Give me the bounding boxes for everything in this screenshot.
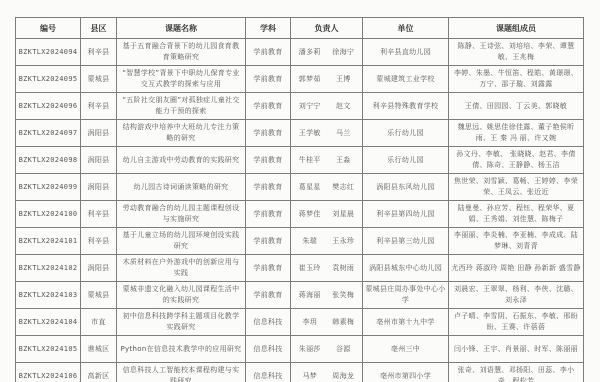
cell-unit: 亳州三中 xyxy=(363,336,449,363)
lead-person-2: 赵文 xyxy=(327,101,361,112)
cell-unit: 亳州市第四小学 xyxy=(363,363,449,382)
lead-person-1: 郭梦茹 xyxy=(293,74,327,85)
table-row: BZKTLX2024096利辛县“五阶社交朋友圈”对孤独症儿童社交能力干预的探索… xyxy=(16,93,584,120)
cell-subject: 信息科技 xyxy=(246,336,291,363)
cell-title: 幼儿自主游戏中劳动教育的实践研究 xyxy=(117,147,246,174)
cell-members: 刘晨宏、王翠翠、杨利、李侠、沈璐、刘永泽 xyxy=(449,282,584,309)
cell-code: BZKTLX2024096 xyxy=(16,93,81,120)
cell-subject: 学前教育 xyxy=(246,39,291,66)
cell-subject: 学前教育 xyxy=(246,201,291,228)
cell-code: BZKTLX2024105 xyxy=(16,336,81,363)
table-row: BZKTLX2024095蒙城县“智慧学校”背景下中职幼儿保育专业交互式教学的探… xyxy=(16,66,584,93)
lead-person-2: 王博 xyxy=(327,74,361,85)
cell-title: 蒙城非遗文化融入幼儿园课程生活中的实践研究 xyxy=(117,282,246,309)
cell-county: 涡阳县 xyxy=(81,147,117,174)
lead-person-2: 谷源 xyxy=(327,344,361,355)
table-row: BZKTLX2024105谯城区Python在信息技术教学中的应用研究信息科技朱… xyxy=(16,336,584,363)
cell-title: 幼儿园古诗词诵读策略的研究 xyxy=(117,174,246,201)
lead-person-1: 王学敏 xyxy=(293,128,327,139)
lead-person-1: 蒋海丽 xyxy=(293,290,327,301)
cell-code: BZKTLX2024099 xyxy=(16,174,81,201)
header-county: 县区 xyxy=(81,18,117,39)
document-page: 编号 县区 课题名称 学科 负责人 单位 课题组成员 BZKTLX2024094… xyxy=(0,0,600,382)
table-row: BZKTLX2024102涡阳县木质材料在户外游戏中的创新应用与实践学前教育崔玉… xyxy=(16,255,584,282)
cell-members: 尤西玲 蒋淑玲 周艳 田静 孙新新 盛雪静 xyxy=(449,255,584,282)
cell-subject: 学前教育 xyxy=(246,120,291,147)
table-row: BZKTLX2024094利辛县基于五育融合背景下的幼儿园食育教育策略研究学前教… xyxy=(16,39,584,66)
cell-county: 利辛县 xyxy=(81,39,117,66)
cell-lead: 王学敏马兰 xyxy=(291,120,363,147)
cell-code: BZKTLX2024103 xyxy=(16,282,81,309)
cell-title: 基于五育融合背景下的幼儿园食育教育策略研究 xyxy=(117,39,246,66)
cell-code: BZKTLX2024100 xyxy=(16,201,81,228)
table-row: BZKTLX2024097涡阳县结构游戏中培养中大班幼儿专注力策略的研究学前教育… xyxy=(16,120,584,147)
research-project-table: 编号 县区 课题名称 学科 负责人 单位 课题组成员 BZKTLX2024094… xyxy=(15,17,584,382)
cell-code: BZKTLX2024101 xyxy=(16,228,81,255)
header-title: 课题名称 xyxy=(117,18,246,39)
cell-subject: 信息科技 xyxy=(246,309,291,336)
table-row: BZKTLX2024106高新区信息科技人工智能校本课程构建与实践研究信息科技马… xyxy=(16,363,584,382)
cell-county: 涡阳县 xyxy=(81,255,117,282)
cell-title: 结构游戏中培养中大班幼儿专注力策略的研究 xyxy=(117,120,246,147)
cell-members: 魏思远、姚思佳徐佳露、董子艳侯昕雨、王 秦 冯 丽、许又婉 xyxy=(449,120,584,147)
cell-unit: 利辛县特殊教育学校 xyxy=(363,93,449,120)
cell-unit: 利辛县直幼儿园 xyxy=(363,39,449,66)
cell-unit: 涡阳县城东中心幼儿园 xyxy=(363,255,449,282)
cell-unit: 乐行幼儿园 xyxy=(363,120,449,147)
cell-subject: 信息科技 xyxy=(246,363,291,382)
lead-person-1: 牛桂平 xyxy=(293,155,327,166)
cell-county: 市直 xyxy=(81,309,117,336)
cell-members: 李婷、朱墨、牛恒笛、程皓、黄璟璟、万宁、邵子璇、刘露露 xyxy=(449,66,584,93)
cell-title: 基于儿童立场的幼儿园环境创设实践研究 xyxy=(117,228,246,255)
lead-person-1: 崔玉玲 xyxy=(293,263,327,274)
cell-unit: 蒙城县庄周办事处中心小学 xyxy=(363,282,449,309)
cell-county: 高新区 xyxy=(81,363,117,382)
cell-county: 利辛县 xyxy=(81,228,117,255)
cell-code: BZKTLX2024094 xyxy=(16,39,81,66)
cell-lead: 蒋梦佳刘星晨 xyxy=(291,201,363,228)
header-lead: 负责人 xyxy=(291,18,363,39)
cell-unit: 涡阳县东风幼儿园 xyxy=(363,174,449,201)
table-row: BZKTLX2024100利辛县劳动教育融合的幼儿园主题课程创设与实施研究学前教… xyxy=(16,201,584,228)
cell-county: 涡阳县 xyxy=(81,120,117,147)
cell-unit: 利辛县第四幼儿园 xyxy=(363,201,449,228)
lead-person-2: 马兰 xyxy=(327,128,361,139)
lead-person-1: 刘宁宁 xyxy=(293,101,327,112)
cell-lead: 潘多莉徐海宁 xyxy=(291,39,363,66)
lead-person-2: 刘星晨 xyxy=(327,209,361,220)
cell-code: BZKTLX2024097 xyxy=(16,120,81,147)
table-body: BZKTLX2024094利辛县基于五育融合背景下的幼儿园食育教育策略研究学前教… xyxy=(16,39,584,382)
lead-person-1: 蒋梦佳 xyxy=(293,209,327,220)
header-unit: 单位 xyxy=(363,18,449,39)
lead-person-1: 朱丽莎 xyxy=(293,344,327,355)
cell-members: 陈静、王诗弦、刘培培、李荣、谭慧敏、王兆梅 xyxy=(449,39,584,66)
cell-lead: 牛桂平王淼 xyxy=(291,147,363,174)
header-members: 课题组成员 xyxy=(449,18,584,39)
lead-person-1: 李玥 xyxy=(293,317,327,328)
cell-members: 孙文丹、李敏、 张晓晓、赵君、李倩倩、陈奇、王静静、杨玉洁 xyxy=(449,147,584,174)
cell-members: 卢子晴、李雪阴、石振东、李敏、邢盼盼、王赛、许蓓蓓 xyxy=(449,309,584,336)
cell-subject: 学前教育 xyxy=(246,66,291,93)
cell-unit: 亳州市第十九中学 xyxy=(363,309,449,336)
cell-members: 焦世荣、刘雪颖、葛畅、王婷婷、李荣荣、王凤云、张近近 xyxy=(449,174,584,201)
lead-person-2: 张笑梅 xyxy=(327,290,361,301)
cell-lead: 蒋海丽张笑梅 xyxy=(291,282,363,309)
cell-subject: 学前教育 xyxy=(246,282,291,309)
cell-subject: 学前教育 xyxy=(246,93,291,120)
cell-members: 王倩、田园园、丁云美、郭晓敏 xyxy=(449,93,584,120)
lead-person-1: 葛星星 xyxy=(293,182,327,193)
cell-county: 涡阳县 xyxy=(81,174,117,201)
cell-county: 利辛县 xyxy=(81,201,117,228)
cell-lead: 李玥韩素梅 xyxy=(291,309,363,336)
cell-code: BZKTLX2024106 xyxy=(16,363,81,382)
cell-county: 利辛县 xyxy=(81,93,117,120)
cell-subject: 学前教育 xyxy=(246,228,291,255)
cell-subject: 学前教育 xyxy=(246,174,291,201)
cell-lead: 崔玉玲袁树雨 xyxy=(291,255,363,282)
cell-title: 信息科技人工智能校本课程构建与实践研究 xyxy=(117,363,246,382)
cell-code: BZKTLX2024104 xyxy=(16,309,81,336)
lead-person-1: 潘多莉 xyxy=(293,47,327,58)
cell-lead: 刘宁宁赵文 xyxy=(291,93,363,120)
table-row: BZKTLX2024098涡阳县幼儿自主游戏中劳动教育的实践研究学前教育牛桂平王… xyxy=(16,147,584,174)
cell-title: 劳动教育融合的幼儿园主题课程创设与实施研究 xyxy=(117,201,246,228)
cell-unit: 乐行幼儿园 xyxy=(363,147,449,174)
cell-title: 初中信息科技跨学科主题项目化教学实践研究 xyxy=(117,309,246,336)
cell-code: BZKTLX2024102 xyxy=(16,255,81,282)
cell-county: 蒙城县 xyxy=(81,282,117,309)
cell-code: BZKTLX2024098 xyxy=(16,147,81,174)
lead-person-1: 马梦 xyxy=(293,371,327,382)
cell-lead: 郭梦茹王博 xyxy=(291,66,363,93)
cell-county: 蒙城县 xyxy=(81,66,117,93)
cell-title: 木质材料在户外游戏中的创新应用与实践 xyxy=(117,255,246,282)
cell-unit: 利辛县第三幼儿园 xyxy=(363,228,449,255)
cell-lead: 马梦周海龙 xyxy=(291,363,363,382)
cell-title: “五阶社交朋友圈”对孤独症儿童社交能力干预的探索 xyxy=(117,93,246,120)
lead-person-2: 王淼 xyxy=(327,155,361,166)
table-row: BZKTLX2024103蒙城县蒙城非遗文化融入幼儿园课程生活中的实践研究学前教… xyxy=(16,282,584,309)
cell-unit: 蒙城建筑工业学校 xyxy=(363,66,449,93)
cell-title: Python在信息技术教学中的应用研究 xyxy=(117,336,246,363)
cell-title: “智慧学校”背景下中职幼儿保育专业交互式教学的探索与应用 xyxy=(117,66,246,93)
lead-person-2: 袁树雨 xyxy=(327,263,361,274)
lead-person-2: 樊志红 xyxy=(327,182,361,193)
table-row: BZKTLX2024099涡阳县幼儿园古诗词诵读策略的研究学前教育葛星星樊志红涡… xyxy=(16,174,584,201)
cell-members: 张奇、刘语慧、邓扬阳、田蕊、李小奇、程松芳 xyxy=(449,363,584,382)
lead-person-2: 周海龙 xyxy=(327,371,361,382)
cell-subject: 学前教育 xyxy=(246,255,291,282)
cell-subject: 学前教育 xyxy=(246,147,291,174)
cell-lead: 朱丽莎谷源 xyxy=(291,336,363,363)
cell-members: 闫小锋、王宇、肖景丽、时军、陈丽丽 xyxy=(449,336,584,363)
table-row: BZKTLX2024101利辛县基于儿童立场的幼儿园环境创设实践研究学前教育朱瑞… xyxy=(16,228,584,255)
lead-person-2: 徐海宁 xyxy=(327,47,361,58)
cell-county: 谯城区 xyxy=(81,336,117,363)
lead-person-2: 韩素梅 xyxy=(327,317,361,328)
cell-members: 李丽丽、李炎楠、李亚楠、李成成、陆梦琳、刘青青 xyxy=(449,228,584,255)
lead-person-1: 朱瑞 xyxy=(293,236,327,247)
lead-person-2: 王永珍 xyxy=(327,236,361,247)
cell-lead: 朱瑞王永珍 xyxy=(291,228,363,255)
header-code: 编号 xyxy=(16,18,81,39)
cell-lead: 葛星星樊志红 xyxy=(291,174,363,201)
table-row: BZKTLX2024104市直初中信息科技跨学科主题项目化教学实践研究信息科技李… xyxy=(16,309,584,336)
cell-code: BZKTLX2024095 xyxy=(16,66,81,93)
table-header-row: 编号 县区 课题名称 学科 负责人 单位 课题组成员 xyxy=(16,18,584,39)
header-subject: 学科 xyxy=(246,18,291,39)
cell-members: 陆曼曼、孙应芳、程钰、程荣华、夏娟、王秀娟、刘佳慧、陈梅子 xyxy=(449,201,584,228)
